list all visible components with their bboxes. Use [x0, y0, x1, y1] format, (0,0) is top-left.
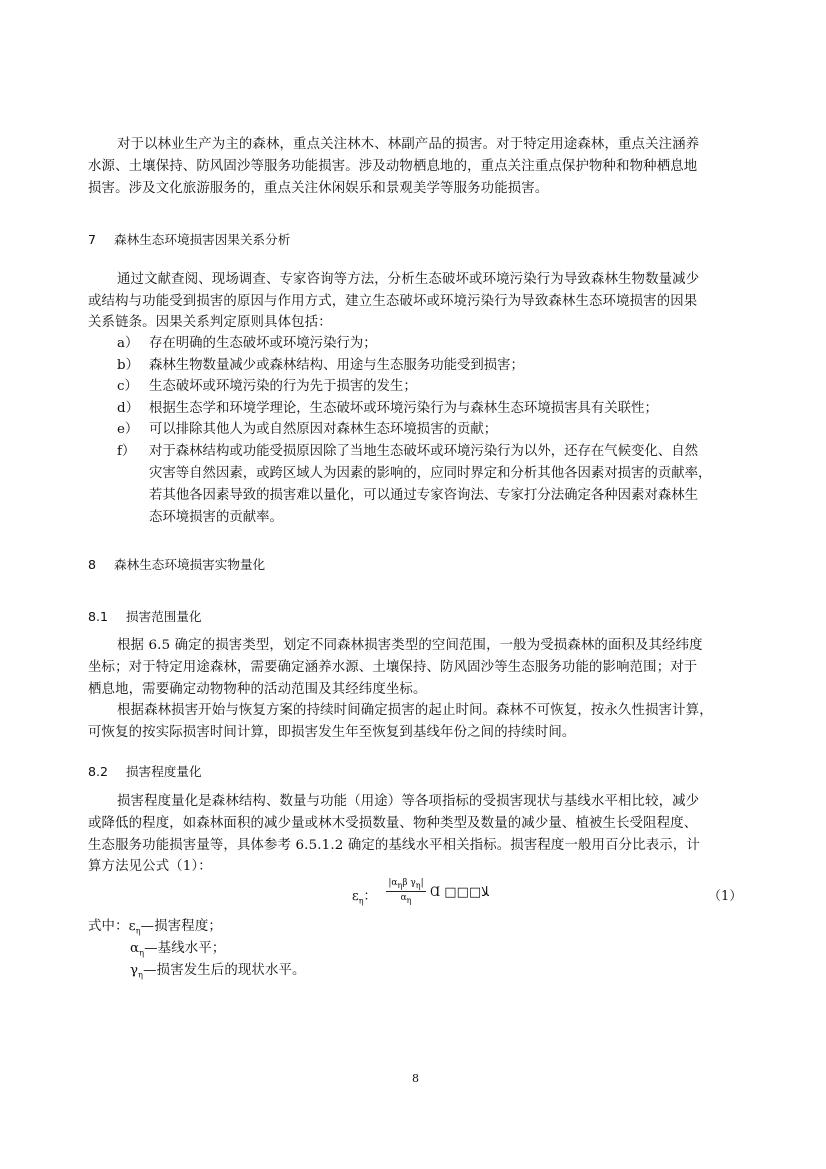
- s81-p1-line-2: 坐标；对于特定用途森林，需要确定涵养水源、土壤保持、防风固沙等生态服务功能的影响…: [88, 658, 697, 678]
- list-marker: d）: [117, 399, 149, 419]
- s7-para-line-1: 通过文献查阅、现场调查、专家咨询等方法，分析生态破坏或环境污染行为导致森林生物数…: [117, 270, 699, 290]
- list-text: 根据生态学和环境学理论，生态破坏或环境污染行为与森林生态环境损害具有关联性；: [149, 401, 658, 416]
- section-number: 8: [88, 557, 114, 572]
- where-line-2: αη—基线水平；: [130, 939, 225, 964]
- list-text: 生态破坏或环境污染的行为先于损害的发生；: [149, 379, 417, 394]
- subsection-number: 8.2: [88, 764, 126, 779]
- list-item-a: a）存在明确的生态破坏或环境污染行为；: [117, 334, 377, 354]
- s81-p1-line-3: 栖息地，需要确定动物物种的活动范围及其经纬度坐标。: [88, 680, 427, 700]
- list-text: 对于森林结构或功能受损原因除了当地生态破坏或环境污染行为以外，还存在气候变化、自…: [149, 444, 698, 459]
- list-item-f-line-2: 灾害等自然因素，或跨区域人为因素的影响的，应同时界定和分析其他各因素对损害的贡献…: [149, 464, 711, 484]
- subsection-title: 损害范围量化: [126, 609, 202, 624]
- s82-p1-line-3: 生态服务功能损害量等，具体参考 6.5.1.2 确定的基线水平相关指标。损害程度…: [88, 836, 700, 856]
- subsection-number: 8.1: [88, 609, 126, 624]
- list-marker: e）: [117, 420, 149, 440]
- section-7-heading: 7森林生态环境损害因果关系分析: [88, 229, 290, 248]
- list-text: 存在明确的生态破坏或环境污染行为；: [149, 336, 377, 351]
- s7-para-line-3: 关系链条。因果关系判定原则具体包括：: [88, 313, 332, 333]
- list-marker: f）: [117, 442, 149, 462]
- list-item-f-line-3: 若其他各因素导致的损害难以量化，可以通过专家咨询法、专家打分法确定各种因素对森林…: [149, 486, 698, 506]
- formula-tail: Ɑ □□□ﻼ: [430, 885, 489, 900]
- s81-p1-line-1: 根据 6.5 确定的损害类型，划定不同森林损害类型的空间范围，一般为受损森林的面…: [117, 636, 703, 656]
- list-item-f: f）对于森林结构或功能受损原因除了当地生态破坏或环境污染行为以外，还存在气候变化…: [117, 442, 698, 462]
- intro-line-1: 对于以林业生产为主的森林，重点关注林木、林副产品的损害。对于特定用途森林，重点关…: [117, 135, 699, 155]
- section-number: 7: [88, 232, 114, 247]
- list-item-c: c）生态破坏或环境污染的行为先于损害的发生；: [117, 377, 417, 397]
- list-marker: c）: [117, 377, 149, 397]
- document-page: 对于以林业生产为主的森林，重点关注林木、林副产品的损害。对于特定用途森林，重点关…: [0, 0, 826, 1169]
- equation-number: （1）: [708, 885, 742, 904]
- s82-p1-line-4: 算方法见公式（1）：: [88, 857, 212, 877]
- section-title: 森林生态环境损害因果关系分析: [114, 232, 290, 247]
- s82-p1-line-2: 或降低的程度，如森林面积的减少量或林木受损数量、物种类型及数量的减少量、植被生长…: [88, 814, 697, 834]
- list-item-d: d）根据生态学和环境学理论，生态破坏或环境污染行为与森林生态环境损害具有关联性；: [117, 399, 658, 419]
- s81-p2-line-2: 可恢复的按实际损害时间计算，即损害发生年至恢复到基线年份之间的持续时间。: [88, 723, 575, 743]
- subsection-title: 损害程度量化: [126, 764, 202, 779]
- list-text: 可以排除其他人为或自然原因对森林生态环境损害的贡献；: [149, 422, 497, 437]
- s81-p2-line-1: 根据森林损害开始与恢复方案的持续时间确定损害的起止时间。森林不可恢复，按永久性损…: [117, 701, 713, 721]
- formula-denominator: αη: [386, 892, 426, 905]
- formula-numerator: |αηβ γη|: [386, 878, 426, 892]
- where-line-1: 式中：εη—损害程度；: [88, 917, 222, 942]
- list-marker: a）: [117, 334, 149, 354]
- formula-fraction: |αηβ γη| αη: [386, 878, 426, 905]
- s7-para-line-2: 或结构与功能受到损害的原因与作用方式，建立生态破坏或环境污染行为导致森林生态环境…: [88, 292, 697, 312]
- page-number: 8: [412, 1072, 419, 1085]
- list-item-b: b）森林生物数量减少或森林结构、用途与生态服务功能受到损害；: [117, 356, 524, 376]
- formula-lhs: εη：: [352, 885, 377, 906]
- list-text: 森林生物数量减少或森林结构、用途与生态服务功能受到损害；: [149, 358, 524, 373]
- where-line-3: γη—损害发生后的现状水平。: [130, 961, 306, 986]
- subsection-8-1-heading: 8.1损害范围量化: [88, 606, 202, 625]
- intro-line-2: 水源、土壤保持、防风固沙等服务功能损害。涉及动物栖息地的，重点关注重点保护物种和…: [88, 157, 697, 177]
- list-item-e: e）可以排除其他人为或自然原因对森林生态环境损害的贡献；: [117, 420, 497, 440]
- section-title: 森林生态环境损害实物量化: [114, 557, 265, 572]
- where-label: 式中：: [88, 919, 129, 934]
- section-8-heading: 8森林生态环境损害实物量化: [88, 554, 265, 573]
- list-item-f-line-4: 态环境损害的贡献率。: [149, 508, 283, 528]
- list-marker: b）: [117, 356, 149, 376]
- subsection-8-2-heading: 8.2损害程度量化: [88, 761, 202, 780]
- s82-p1-line-1: 损害程度量化是森林结构、数量与功能（用途）等各项指标的受损害现状与基线水平相比较…: [117, 792, 699, 812]
- intro-line-3: 损害。涉及文化旅游服务的，重点关注休闲娱乐和景观美学等服务功能损害。: [88, 179, 548, 199]
